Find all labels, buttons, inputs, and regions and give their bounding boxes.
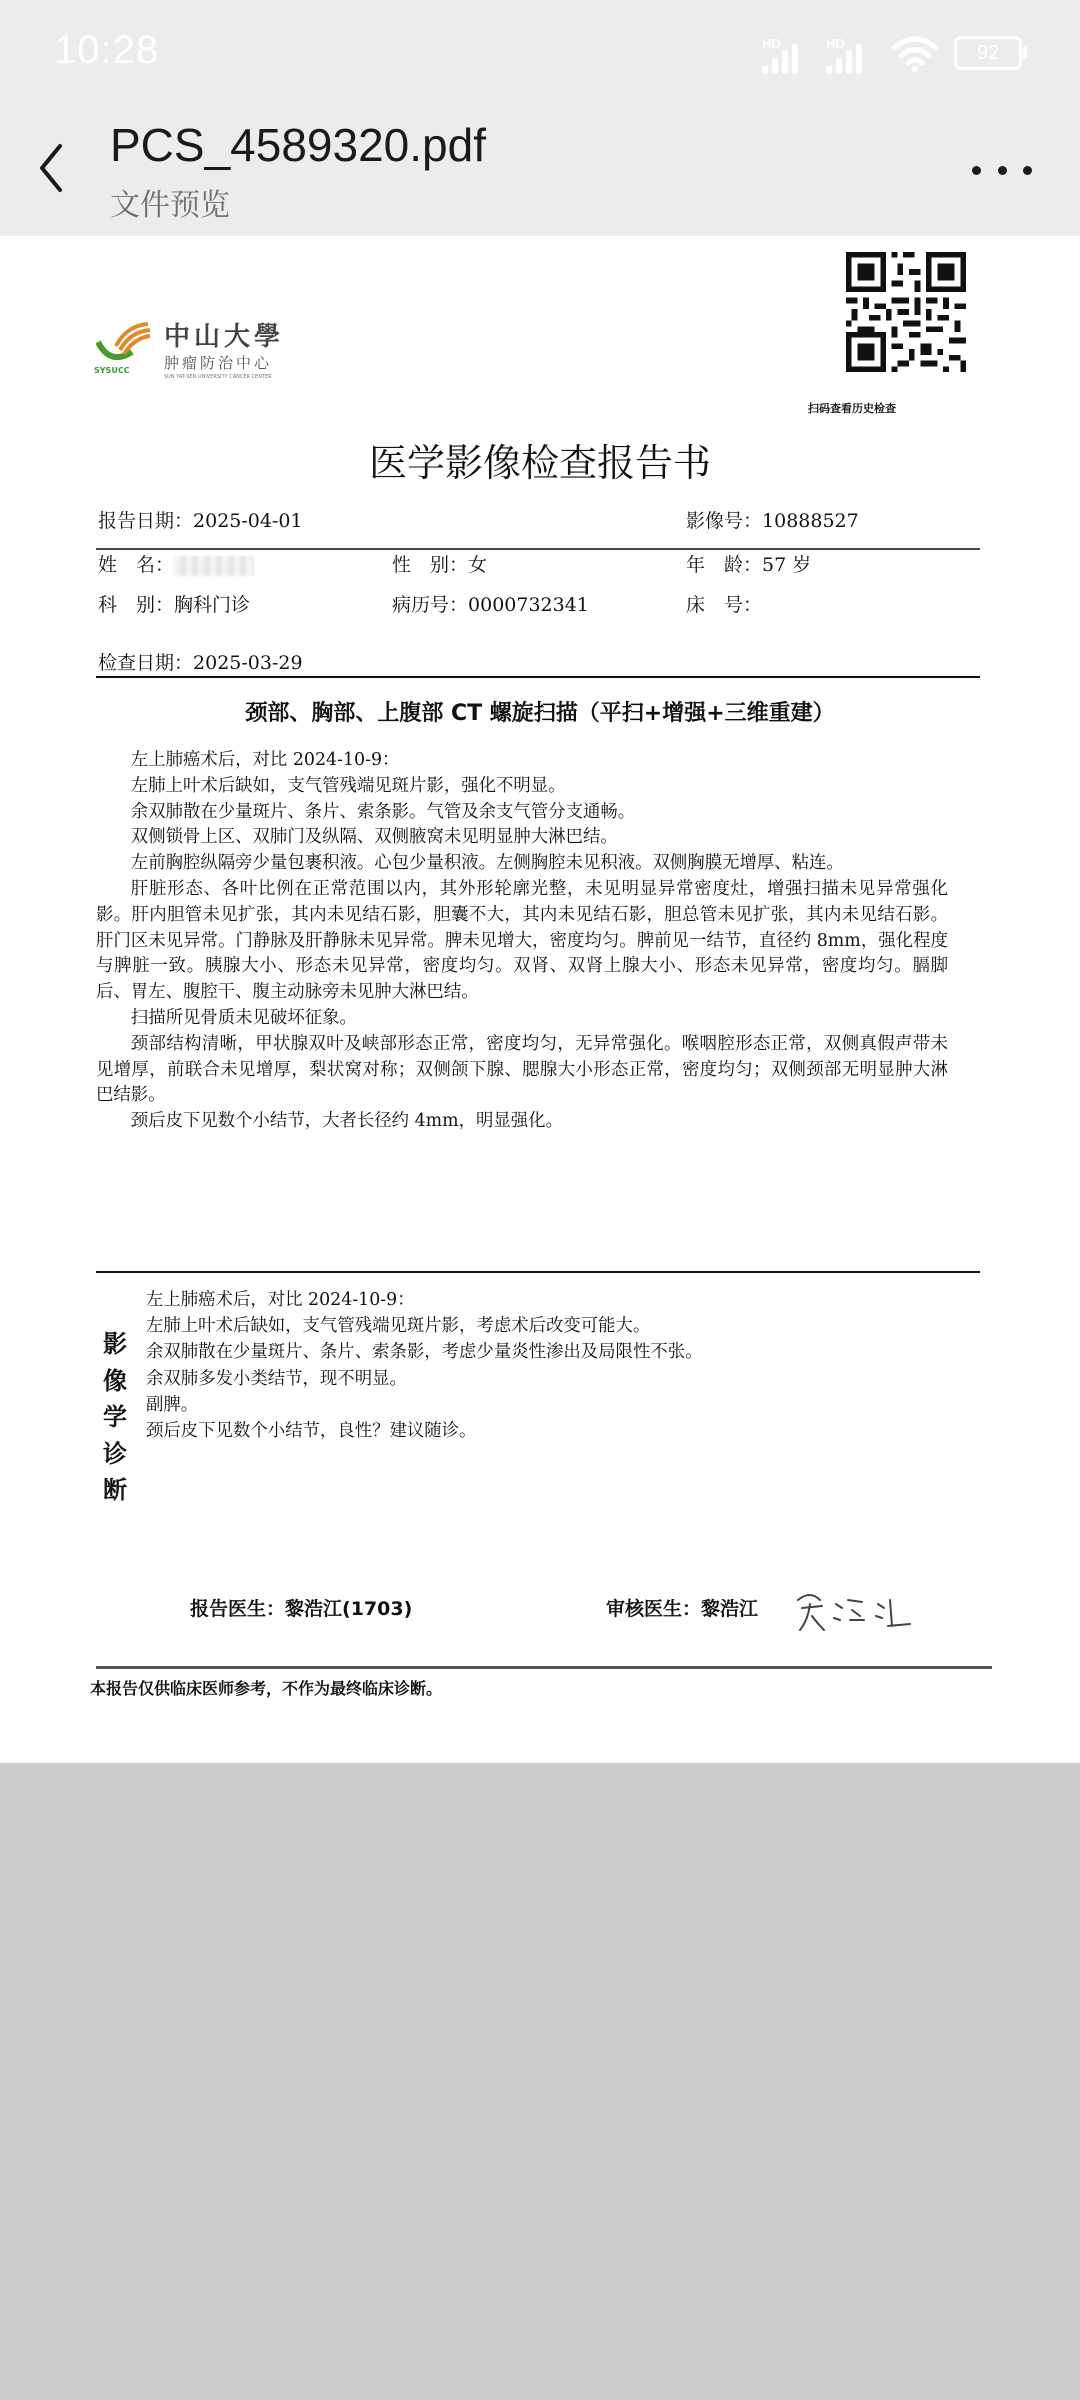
finding-paragraph: 左前胸腔纵隔旁少量包裹积液。心包少量积液。左侧胸腔未见积液。双侧胸膜无增厚、粘连… xyxy=(96,851,948,877)
diagnosis-label: 影 像 学 诊 断 xyxy=(100,1326,130,1509)
report-title: 医学影像检查报告书 xyxy=(0,432,1080,487)
dot-icon xyxy=(972,166,981,175)
battery-icon: 92 xyxy=(954,36,1022,70)
status-icons: HD HD 92 xyxy=(762,34,1022,74)
cellular-signal-icon: HD xyxy=(826,40,876,74)
reporting-doctor: 报告医生：黎浩江(1703) xyxy=(190,1594,412,1621)
finding-paragraph: 颈部结构清晰，甲状腺双叶及峡部形态正常，密度均匀，无异常强化。喉咽腔形态正常，双… xyxy=(96,1032,948,1109)
handwritten-signature xyxy=(792,1586,912,1636)
app-bar: 10:28 HD HD 92 PCS_45 xyxy=(0,0,1080,236)
viewer-background xyxy=(0,1763,1080,2400)
cellular-signal-icon: HD xyxy=(762,40,812,74)
status-bar: 10:28 HD HD 92 xyxy=(0,0,1080,100)
wifi-icon xyxy=(890,34,940,74)
diagnosis-line: 颈后皮下见数个小结节，良性？建议随诊。 xyxy=(146,1418,946,1444)
finding-paragraph: 双侧锁骨上区、双肺门及纵隔、双侧腋窝未见明显肿大淋巴结。 xyxy=(96,825,948,851)
finding-paragraph: 左上肺癌术后，对比 2024-10-9： xyxy=(96,748,948,774)
file-name-title: PCS_4589320.pdf xyxy=(110,118,486,172)
sysucc-emblem-icon xyxy=(96,322,152,366)
bed-number: 床 号： xyxy=(686,590,762,617)
disclaimer: 本报告仅供临床医师参考，不作为最终临床诊断。 xyxy=(90,1676,442,1699)
finding-paragraph: 肝脏形态、各叶比例在正常范围以内，其外形轮廓光整，未见明显异常密度灶，增强扫描未… xyxy=(96,877,948,1006)
diagnosis-section: 左上肺癌术后，对比 2024-10-9： 左肺上叶术后缺如，支气管残端见斑片影，… xyxy=(146,1287,946,1444)
diagnosis-line: 余双肺散在少量斑片、条片、索条影，考虑少量炎性渗出及局限性不张。 xyxy=(146,1339,946,1365)
preview-subtitle: 文件预览 xyxy=(110,180,230,224)
reviewing-doctor: 审核医生：黎浩江 xyxy=(606,1594,758,1621)
finding-paragraph: 颈后皮下见数个小结节，大者长径约 4mm，明显强化。 xyxy=(96,1109,948,1135)
diagnosis-line: 左上肺癌术后，对比 2024-10-9： xyxy=(146,1287,946,1313)
patient-name: 姓 名： xyxy=(98,550,254,577)
diagnosis-line: 副脾。 xyxy=(146,1392,946,1418)
exam-date: 检查日期：2025-03-29 xyxy=(98,648,303,675)
department: 科 别：胸科门诊 xyxy=(98,590,250,617)
back-arrow-icon[interactable] xyxy=(30,140,74,196)
battery-level: 92 xyxy=(977,42,999,65)
medical-record-number: 病历号：0000732341 xyxy=(392,590,589,617)
more-options-button[interactable] xyxy=(972,152,1032,188)
finding-paragraph: 左肺上叶术后缺如，支气管残端见斑片影，强化不明显。 xyxy=(96,774,948,800)
finding-paragraph: 余双肺散在少量斑片、条片、索条影。气管及余支气管分支通畅。 xyxy=(96,800,948,826)
dot-icon xyxy=(998,166,1007,175)
qr-code[interactable] xyxy=(846,252,966,372)
findings-section: 左上肺癌术后，对比 2024-10-9： 左肺上叶术后缺如，支气管残端见斑片影，… xyxy=(96,748,948,1135)
qr-caption: 扫码查看历史检查 xyxy=(808,400,896,416)
divider xyxy=(96,676,980,678)
dot-icon xyxy=(1023,166,1032,175)
image-number: 影像号：10888527 xyxy=(686,506,859,533)
hospital-logo: SYSUCC 中山大學 肿瘤防治中心 SUN YAT-SEN UNIVERSIT… xyxy=(94,316,294,388)
diagnosis-line: 左肺上叶术后缺如，支气管残端见斑片影，考虑术后改变可能大。 xyxy=(146,1313,946,1339)
redacted-name xyxy=(174,556,254,576)
patient-age: 年 龄：57 岁 xyxy=(686,550,811,577)
exam-title: 颈部、胸部、上腹部 CT 螺旋扫描（平扫+增强+三维重建） xyxy=(0,696,1080,727)
divider xyxy=(96,1271,980,1273)
status-time: 10:28 xyxy=(54,28,159,73)
patient-sex: 性 别：女 xyxy=(392,550,487,577)
pdf-page[interactable]: SYSUCC 中山大學 肿瘤防治中心 SUN YAT-SEN UNIVERSIT… xyxy=(0,236,1080,1763)
finding-paragraph: 扫描所见骨质未见破坏征象。 xyxy=(96,1006,948,1032)
diagnosis-line: 余双肺多发小类结节，现不明显。 xyxy=(146,1366,946,1392)
report-date: 报告日期：2025-04-01 xyxy=(98,506,303,533)
divider xyxy=(96,1666,992,1669)
